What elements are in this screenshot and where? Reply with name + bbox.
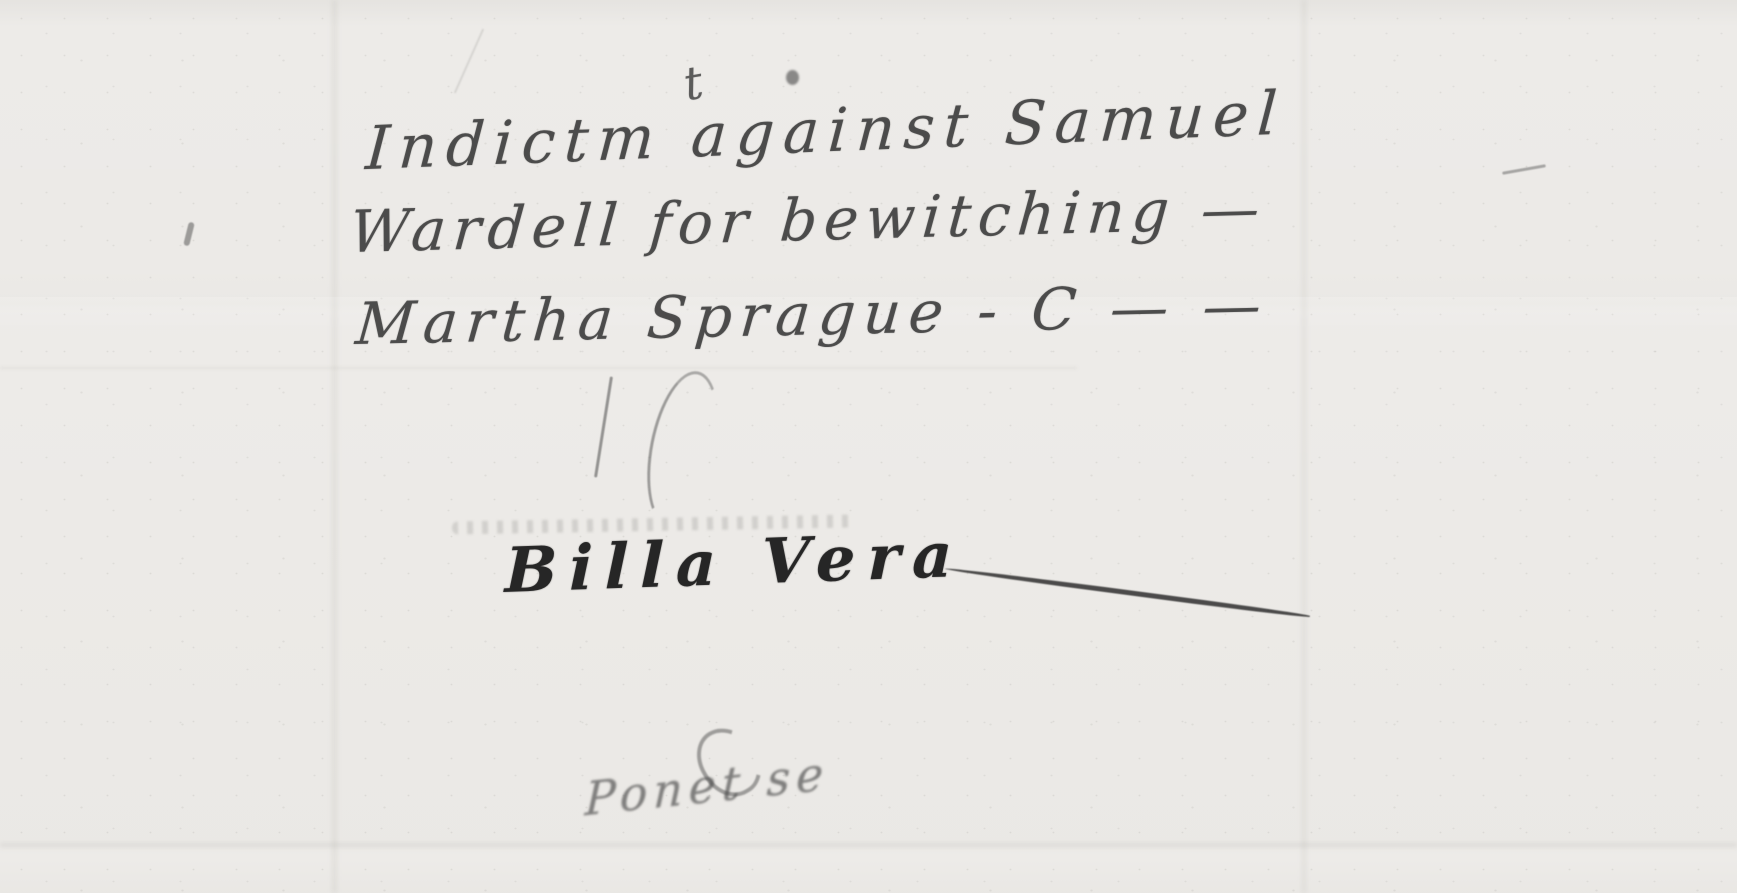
horizontal-fold-crease-bottom [0, 843, 1737, 847]
vertical-fold-crease-left [332, 0, 337, 893]
manuscript-scan: t Indictm against Samuel Wardell for bew… [0, 0, 1737, 893]
horizontal-fold-crease-middle [0, 367, 1077, 369]
ink-blot [786, 70, 799, 85]
vertical-fold-crease-right [1302, 0, 1306, 893]
